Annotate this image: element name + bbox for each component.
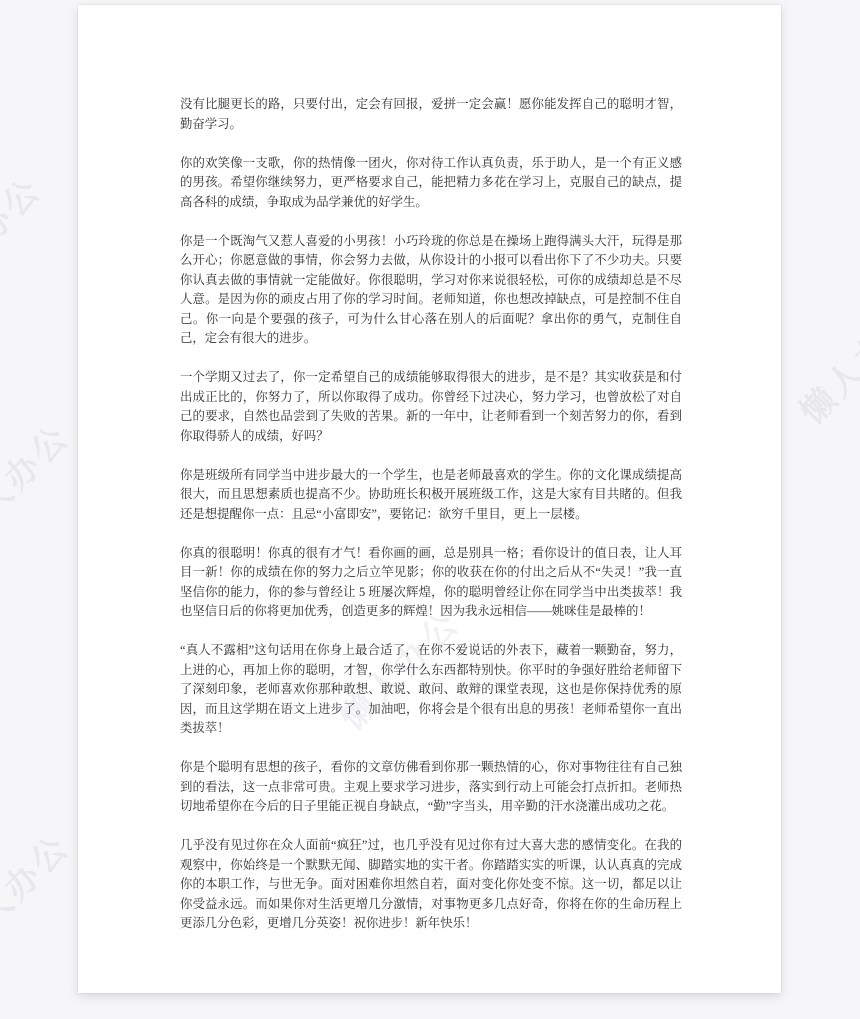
document-page: 没有比腿更长的路，只要付出，定会有回报，爱拼一定会赢！愿你能发挥自己的聪明才智，… [78, 5, 781, 993]
paragraph: 没有比腿更长的路，只要付出，定会有回报，爱拼一定会赢！愿你能发挥自己的聪明才智，… [180, 95, 682, 134]
document-viewer-canvas: 懒人办公 懒人办公 懒人办公 懒人办公 懒人办公 没有比腿更长的路，只要付出，定… [0, 0, 860, 1019]
paragraph: 几乎没有见过你在众人面前“疯狂”过，也几乎没有见过你有过大喜大悲的感情变化。在我… [180, 836, 682, 934]
paragraph: 一个学期又过去了，你一定希望自己的成绩能够取得很大的进步，是不是？其实收获是和付… [180, 368, 682, 446]
watermark: 懒人办公 [0, 821, 79, 963]
document-body: 没有比腿更长的路，只要付出，定会有回报，爱拼一定会赢！愿你能发挥自己的聪明才智，… [78, 5, 781, 934]
paragraph: 你的欢笑像一支歌，你的热情像一团火，你对待工作认真负责，乐于助人，是一个有正义感… [180, 154, 682, 213]
watermark: 懒人办公 [0, 411, 79, 553]
paragraph: “真人不露相”这句话用在你身上最合适了，在你不爱说话的外表下，藏着一颗勤奋，努力… [180, 641, 682, 739]
paragraph: 你是个聪明有思想的孩子，看你的文章仿佛看到你那一颗热情的心，你对事物往往有自己独… [180, 758, 682, 817]
paragraph: 你真的很聪明！你真的很有才气！看你画的画，总是别具一格；看你设计的值日表，让人耳… [180, 544, 682, 622]
paragraph: 你是班级所有同学当中进步最大的一个学生，也是老师最喜欢的学生。你的文化课成绩提高… [180, 466, 682, 525]
watermark: 懒人办公 [787, 291, 860, 433]
paragraph: 你是一个既淘气又惹人喜爱的小男孩！小巧玲珑的你总是在操场上跑得满头大汗，玩得是那… [180, 232, 682, 349]
watermark: 懒人办公 [0, 164, 51, 306]
